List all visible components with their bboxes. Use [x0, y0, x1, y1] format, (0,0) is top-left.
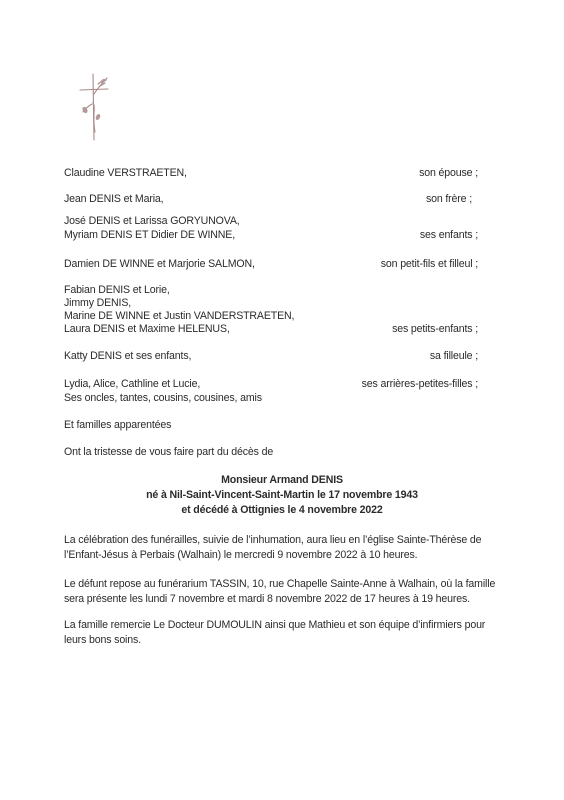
family-row: Claudine VERSTRAETEN, son épouse ;: [64, 167, 478, 180]
deceased-birth: né à Nil-Saint-Vincent-Saint-Martin le 1…: [0, 488, 564, 503]
family-name: Jimmy DENIS,: [64, 297, 131, 310]
funeral-paragraph: La célébration des funérailles, suivie d…: [64, 533, 504, 563]
announcement: Ont la tristesse de vous faire part du d…: [64, 446, 273, 459]
deceased-name: Monsieur Armand DENIS: [0, 473, 564, 488]
family-name: Myriam DENIS ET Didier DE WINNE,: [64, 229, 235, 242]
family-relation: ses petits-enfants ;: [392, 323, 478, 336]
thanks-paragraph: La famille remercie Le Docteur DUMOULIN …: [64, 618, 504, 648]
family-row: Laura DENIS et Maxime HELENUS, ses petit…: [64, 323, 478, 336]
family-row: Jean DENIS et Maria, son frère ;: [64, 193, 478, 206]
family-name: Jean DENIS et Maria,: [64, 193, 163, 206]
family-name: Damien DE WINNE et Marjorie SALMON,: [64, 258, 255, 271]
deceased-death: et décédé à Ottignies le 4 novembre 2022: [0, 503, 564, 518]
family-name: Marine DE WINNE et Justin VANDERSTRAETEN…: [64, 310, 294, 323]
family-row: Katty DENIS et ses enfants, sa filleule …: [64, 350, 478, 363]
family-relation: son épouse ;: [419, 167, 478, 180]
family-relation: son frère ;: [426, 193, 472, 206]
family-name: José DENIS et Larissa GORYUNOVA,: [64, 215, 240, 228]
family-name: Fabian DENIS et Lorie,: [64, 284, 170, 297]
family-row: Damien DE WINNE et Marjorie SALMON, son …: [64, 258, 478, 271]
family-name: Lydia, Alice, Cathline et Lucie,: [64, 378, 200, 391]
family-name: Katty DENIS et ses enfants,: [64, 350, 191, 363]
family-row: Myriam DENIS ET Didier DE WINNE, ses enf…: [64, 229, 478, 242]
family-row: Lydia, Alice, Cathline et Lucie, ses arr…: [64, 378, 478, 391]
family-relation: ses enfants ;: [420, 229, 478, 242]
family-name: Laura DENIS et Maxime HELENUS,: [64, 323, 230, 336]
extended-family: Ses oncles, tantes, cousins, cousines, a…: [64, 392, 262, 405]
family-name: Claudine VERSTRAETEN,: [64, 167, 187, 180]
obituary-page: Claudine VERSTRAETEN, son épouse ; Jean …: [0, 0, 564, 800]
family-relation: sa filleule ;: [430, 350, 478, 363]
cross-with-wheat-icon: [72, 72, 112, 142]
related-families: Et familles apparentées: [64, 419, 171, 432]
family-relation: ses arrières-petites-filles ;: [362, 378, 478, 391]
funeral-home-paragraph: Le défunt repose au funérarium TASSIN, 1…: [64, 577, 504, 607]
family-relation: son petit-fils et filleul ;: [381, 258, 478, 271]
